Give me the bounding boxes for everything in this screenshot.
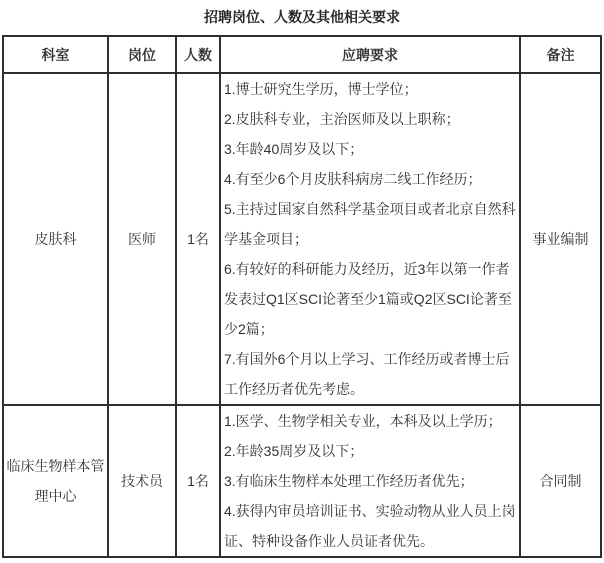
header-cell-count: 人数 (176, 36, 220, 73)
header-cell-position: 岗位 (108, 36, 176, 73)
cell-count: 1名 (176, 405, 220, 557)
recruitment-table: 科室 岗位 人数 应聘要求 备注 皮肤科 医师 1名 1.博士研究生学历，博士学… (2, 35, 602, 558)
header-cell-department: 科室 (3, 36, 108, 73)
cell-position: 技术员 (108, 405, 176, 557)
requirement-item: 4.获得内审员培训证书、实验动物从业人员上岗证、特种设备作业人员证者优先。 (224, 496, 517, 556)
cell-requirements: 1.医学、生物学相关专业，本科及以上学历；2.年龄35周岁及以下；3.有临床生物… (220, 405, 520, 557)
table-header-row: 科室 岗位 人数 应聘要求 备注 (3, 36, 601, 73)
cell-remark: 合同制 (520, 405, 601, 557)
header-cell-requirements: 应聘要求 (220, 36, 520, 73)
page-title: 招聘岗位、人数及其他相关要求 (0, 9, 604, 25)
requirement-item: 7.有国外6个月以上学习、工作经历或者博士后工作经历者优先考虑。 (224, 344, 517, 404)
requirement-item: 3.有临床生物样本处理工作经历者优先； (224, 466, 517, 496)
requirement-item: 2.皮肤科专业，主治医师及以上职称； (224, 104, 517, 134)
document-page: 招聘岗位、人数及其他相关要求 科室 岗位 人数 应聘要求 备注 皮肤科 医师 1… (0, 9, 604, 558)
requirement-item: 6.有较好的科研能力及经历，近3年以第一作者发表过Q1区SCI论著至少1篇或Q2… (224, 254, 517, 344)
cell-department: 皮肤科 (3, 73, 108, 405)
requirement-item: 3.年龄40周岁及以下； (224, 134, 517, 164)
header-cell-remark: 备注 (520, 36, 601, 73)
requirement-item: 2.年龄35周岁及以下； (224, 436, 517, 466)
table-row: 临床生物样本管理中心 技术员 1名 1.医学、生物学相关专业，本科及以上学历；2… (3, 405, 601, 557)
requirement-item: 4.有至少6个月皮肤科病房二线工作经历； (224, 164, 517, 194)
cell-requirements: 1.博士研究生学历，博士学位；2.皮肤科专业，主治医师及以上职称；3.年龄40周… (220, 73, 520, 405)
cell-position: 医师 (108, 73, 176, 405)
table-row: 皮肤科 医师 1名 1.博士研究生学历，博士学位；2.皮肤科专业，主治医师及以上… (3, 73, 601, 405)
cell-department: 临床生物样本管理中心 (3, 405, 108, 557)
requirement-item: 5.主持过国家自然科学基金项目或者北京自然科学基金项目； (224, 194, 517, 254)
requirement-item: 1.医学、生物学相关专业，本科及以上学历； (224, 406, 517, 436)
cell-count: 1名 (176, 73, 220, 405)
requirement-item: 1.博士研究生学历，博士学位； (224, 74, 517, 104)
cell-remark: 事业编制 (520, 73, 601, 405)
